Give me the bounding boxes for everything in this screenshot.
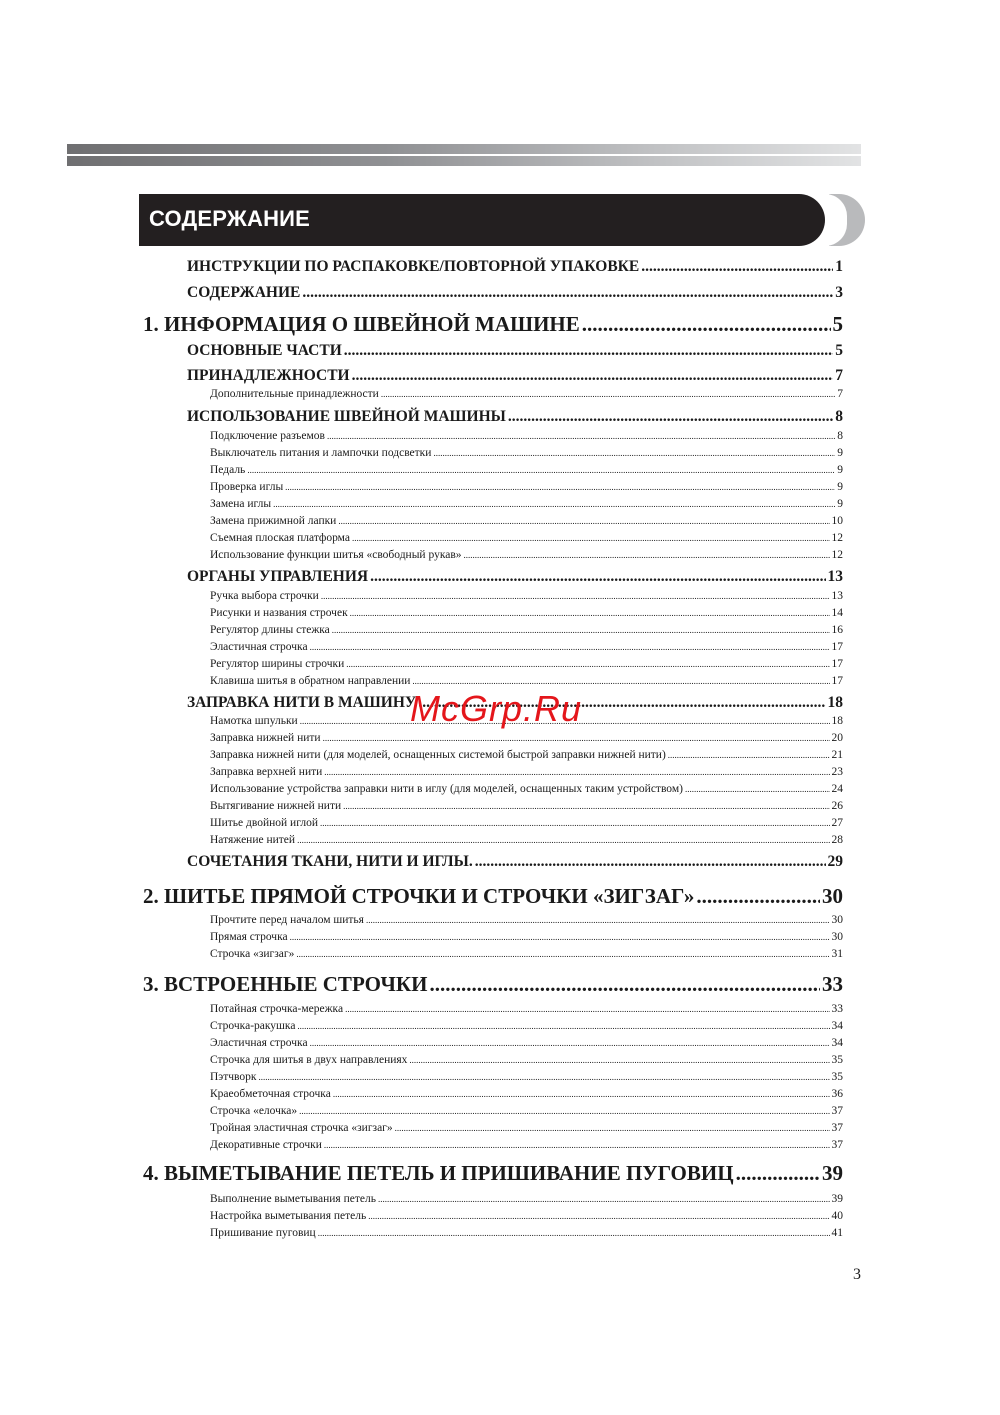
- toc-leader-dots: [370, 568, 825, 586]
- toc-entry-page: 27: [832, 817, 844, 829]
- toc-entry-label: Регулятор ширины строчки: [210, 658, 344, 670]
- toc-entry-sub[interactable]: Пришивание пуговиц41: [210, 1227, 843, 1239]
- toc-leader-dots: [320, 818, 830, 828]
- toc-entry-sub[interactable]: Натяжение нитей28: [210, 834, 843, 846]
- toc-entry-page: 24: [832, 783, 844, 795]
- toc-entry-page: 13: [832, 590, 844, 602]
- toc-entry-page: 8: [837, 430, 843, 442]
- toc-entry-label: Использование устройства заправки нити в…: [210, 783, 683, 795]
- toc-entry-page: 20: [832, 732, 844, 744]
- toc-entry-page: 5: [835, 342, 843, 360]
- toc-leader-dots: [475, 853, 826, 871]
- toc-entry-page: 8: [835, 408, 843, 426]
- toc-entry-label: Замена иглы: [210, 498, 271, 510]
- toc-leader-dots: [350, 608, 830, 618]
- toc-entry-sub[interactable]: Потайная строчка-мережка33: [210, 1003, 843, 1015]
- toc-entry-page: 9: [837, 481, 843, 493]
- toc-entry-label: Подключение разъемов: [210, 430, 325, 442]
- toc-entry-label: СОЧЕТАНИЯ ТКАНИ, НИТИ И ИГЛЫ.: [187, 853, 473, 871]
- toc-leader-dots: [297, 1021, 829, 1031]
- toc-entry-page: 3: [835, 284, 843, 302]
- toc-entry-page: 31: [832, 948, 844, 960]
- toc-entry-page: 18: [832, 715, 844, 727]
- toc-entry-label: Педаль: [210, 464, 245, 476]
- toc-entry-sub[interactable]: Подключение разъемов8: [210, 430, 843, 442]
- toc-entry-label: Заправка нижней нити (для моделей, оснащ…: [210, 749, 666, 761]
- toc-entry-label: Краеобметочная строчка: [210, 1088, 331, 1100]
- toc-leader-dots: [409, 1055, 829, 1065]
- toc-entry-sub[interactable]: Заправка верхней нити23: [210, 766, 843, 778]
- toc-leader-dots: [318, 1228, 830, 1238]
- toc-entry-label: Строчка «зигзаг»: [210, 948, 294, 960]
- toc-leader-dots: [433, 448, 835, 458]
- toc-entry-page: 34: [832, 1020, 844, 1032]
- toc-entry-label: Настройка выметывания петель: [210, 1210, 366, 1222]
- toc-entry-sub[interactable]: Съемная плоская платформа12: [210, 532, 843, 544]
- toc-entry-page: 39: [832, 1193, 844, 1205]
- toc-entry-label: Прочтите перед началом шитья: [210, 914, 364, 926]
- toc-leader-dots: [310, 642, 830, 652]
- toc-entry-sub[interactable]: Использование функции шитья «свободный р…: [210, 549, 843, 561]
- toc-entry-section[interactable]: ИНСТРУКЦИИ ПО РАСПАКОВКЕ/ПОВТОРНОЙ УПАКО…: [187, 258, 843, 276]
- toc-leader-dots: [321, 591, 830, 601]
- toc-leader-dots: [366, 915, 830, 925]
- toc-entry-page: 21: [832, 749, 844, 761]
- toc-entry-label: Пришивание пуговиц: [210, 1227, 316, 1239]
- toc-entry-sub[interactable]: Эластичная строчка17: [210, 641, 843, 653]
- toc-leader-dots: [429, 972, 820, 997]
- toc-entry-label: Клавиша шитья в обратном направлении: [210, 675, 410, 687]
- toc-leader-dots: [273, 499, 835, 509]
- toc-leader-dots: [696, 884, 820, 909]
- toc-entry-section[interactable]: СОДЕРЖАНИЕ3: [187, 284, 843, 302]
- toc-leader-dots: [333, 1089, 830, 1099]
- toc-entry-label: 2. ШИТЬЕ ПРЯМОЙ СТРОЧКИ И СТРОЧКИ «ЗИГЗА…: [143, 884, 694, 909]
- toc-entry-sub[interactable]: Строчка «зигзаг»31: [210, 948, 843, 960]
- toc-entry-label: Эластичная строчка: [210, 641, 308, 653]
- toc-entry-sub[interactable]: Вытягивание нижней нити26: [210, 800, 843, 812]
- toc-entry-sub[interactable]: Пэтчворк35: [210, 1071, 843, 1083]
- toc-entry-label: ЗАПРАВКА НИТИ В МАШИНУ: [187, 694, 416, 712]
- toc-entry-page: 17: [832, 675, 844, 687]
- toc-entry-page: 18: [828, 694, 844, 712]
- toc-leader-dots: [582, 312, 831, 337]
- toc-entry-label: Выключатель питания и лампочки подсветки: [210, 447, 431, 459]
- toc-entry-page: 7: [837, 388, 843, 400]
- toc-entry-page: 17: [832, 658, 844, 670]
- toc-leader-dots: [346, 659, 829, 669]
- toc-entry-sub[interactable]: Заправка нижней нити20: [210, 732, 843, 744]
- toc-entry-label: СОДЕРЖАНИЕ: [187, 284, 300, 302]
- toc-entry-sub[interactable]: Декоративные строчки37: [210, 1139, 843, 1151]
- toc-entry-page: 30: [832, 914, 844, 926]
- toc-entry-sub[interactable]: Регулятор длины стежка16: [210, 624, 843, 636]
- toc-entry-label: Натяжение нитей: [210, 834, 295, 846]
- toc-leader-dots: [324, 1140, 830, 1150]
- toc-entry-label: Проверка иглы: [210, 481, 283, 493]
- toc-leader-dots: [352, 367, 834, 385]
- toc-leader-dots: [343, 801, 829, 811]
- toc-entry-page: 7: [835, 367, 843, 385]
- toc-entry-label: Прямая строчка: [210, 931, 288, 943]
- toc-leader-dots: [302, 284, 833, 302]
- toc-leader-dots: [327, 431, 835, 441]
- toc-leader-dots: [464, 550, 830, 560]
- toc-entry-sub[interactable]: Регулятор ширины строчки17: [210, 658, 843, 670]
- toc-entry-page: 35: [832, 1054, 844, 1066]
- toc-entry-sub[interactable]: Краеобметочная строчка36: [210, 1088, 843, 1100]
- toc-leader-dots: [352, 533, 830, 543]
- toc-entry-page: 33: [832, 1003, 844, 1015]
- toc-leader-dots: [285, 482, 835, 492]
- header-bar-top: [67, 144, 861, 154]
- toc-entry-sub[interactable]: Проверка иглы9: [210, 481, 843, 493]
- toc-entry-label: ИСПОЛЬЗОВАНИЕ ШВЕЙНОЙ МАШИНЫ: [187, 408, 506, 426]
- toc-entry-page: 9: [837, 498, 843, 510]
- toc-entry-label: Рисунки и названия строчек: [210, 607, 348, 619]
- toc-leader-dots: [296, 949, 829, 959]
- watermark: McGrp.Ru: [410, 688, 582, 730]
- toc-entry-sub[interactable]: Дополнительные принадлежности7: [210, 388, 843, 400]
- toc-entry-sub[interactable]: Замена прижимной лапки10: [210, 515, 843, 527]
- toc-entry-sub[interactable]: Прямая строчка30: [210, 931, 843, 943]
- toc-entry-chapter[interactable]: 4. ВЫМЕТЫВАНИЕ ПЕТЕЛЬ И ПРИШИВАНИЕ ПУГОВ…: [143, 1161, 843, 1186]
- toc-entry-page: 10: [832, 515, 844, 527]
- toc-entry-chapter[interactable]: 2. ШИТЬЕ ПРЯМОЙ СТРОЧКИ И СТРОЧКИ «ЗИГЗА…: [143, 884, 843, 909]
- toc-entry-page: 37: [832, 1139, 844, 1151]
- toc-entry-page: 1: [835, 258, 843, 276]
- toc-leader-dots: [323, 733, 830, 743]
- toc-entry-sub[interactable]: Шитье двойной иглой27: [210, 817, 843, 829]
- toc-entry-chapter[interactable]: 1. ИНФОРМАЦИЯ О ШВЕЙНОЙ МАШИНЕ5: [143, 312, 843, 337]
- toc-leader-dots: [381, 389, 835, 399]
- toc-leader-dots: [344, 342, 833, 360]
- toc-leader-dots: [508, 408, 833, 426]
- toc-entry-label: 1. ИНФОРМАЦИЯ О ШВЕЙНОЙ МАШИНЕ: [143, 312, 580, 337]
- toc-entry-sub[interactable]: Выключатель питания и лампочки подсветки…: [210, 447, 843, 459]
- toc-leader-dots: [247, 465, 835, 475]
- toc-entry-page: 30: [822, 884, 843, 909]
- toc-entry-sub[interactable]: Эластичная строчка34: [210, 1037, 843, 1049]
- toc-leader-dots: [395, 1123, 830, 1133]
- toc-entry-sub[interactable]: Рисунки и названия строчек14: [210, 607, 843, 619]
- toc-entry-sub[interactable]: Замена иглы9: [210, 498, 843, 510]
- toc-entry-label: Заправка нижней нити: [210, 732, 321, 744]
- toc-entry-label: Пэтчворк: [210, 1071, 257, 1083]
- toc-leader-dots: [345, 1004, 829, 1014]
- toc-entry-page: 16: [832, 624, 844, 636]
- toc-entry-page: 36: [832, 1088, 844, 1100]
- toc-entry-label: Выполнение выметывания петель: [210, 1193, 376, 1205]
- toc-entry-page: 35: [832, 1071, 844, 1083]
- toc-entry-page: 17: [832, 641, 844, 653]
- toc-entry-label: 3. ВСТРОЕННЫЕ СТРОЧКИ: [143, 972, 427, 997]
- toc-entry-label: Шитье двойной иглой: [210, 817, 318, 829]
- toc-entry-label: ОСНОВНЫЕ ЧАСТИ: [187, 342, 342, 360]
- toc-entry-section[interactable]: ОРГАНЫ УПРАВЛЕНИЯ13: [187, 568, 843, 586]
- toc-entry-sub[interactable]: Выполнение выметывания петель39: [210, 1193, 843, 1205]
- toc-leader-dots: [299, 1106, 829, 1116]
- toc-entry-label: Строчка «елочка»: [210, 1105, 297, 1117]
- toc-entry-section[interactable]: СОЧЕТАНИЯ ТКАНИ, НИТИ И ИГЛЫ.29: [187, 853, 843, 871]
- toc-entry-sub[interactable]: Прочтите перед началом шитья30: [210, 914, 843, 926]
- toc-entry-label: Вытягивание нижней нити: [210, 800, 341, 812]
- toc-entry-chapter[interactable]: 3. ВСТРОЕННЫЕ СТРОЧКИ33: [143, 972, 843, 997]
- toc-entry-page: 23: [832, 766, 844, 778]
- toc-entry-sub[interactable]: Заправка нижней нити (для моделей, оснащ…: [210, 749, 843, 761]
- toc-leader-dots: [332, 625, 830, 635]
- toc-entry-page: 12: [832, 532, 844, 544]
- toc-leader-dots: [736, 1161, 820, 1186]
- toc-entry-label: Дополнительные принадлежности: [210, 388, 379, 400]
- toc-entry-page: 9: [837, 464, 843, 476]
- toc-entry-page: 28: [832, 834, 844, 846]
- toc-entry-page: 14: [832, 607, 844, 619]
- toc-entry-sub[interactable]: Педаль9: [210, 464, 843, 476]
- toc-leader-dots: [378, 1194, 830, 1204]
- toc-entry-label: Намотка шпульки: [210, 715, 298, 727]
- toc-entry-page: 39: [822, 1161, 843, 1186]
- toc-entry-label: Замена прижимной лапки: [210, 515, 336, 527]
- toc-entry-label: ИНСТРУКЦИИ ПО РАСПАКОВКЕ/ПОВТОРНОЙ УПАКО…: [187, 258, 639, 276]
- toc-entry-sub[interactable]: Использование устройства заправки нити в…: [210, 783, 843, 795]
- header-bar-bottom: [67, 156, 861, 166]
- toc-leader-dots: [368, 1211, 829, 1221]
- toc-entry-label: Тройная эластичная строчка «зигзаг»: [210, 1122, 393, 1134]
- toc-leader-dots: [412, 676, 829, 686]
- toc-entry-sub[interactable]: Строчка «елочка»37: [210, 1105, 843, 1117]
- toc-leader-dots: [641, 258, 833, 276]
- toc-entry-page: 9: [837, 447, 843, 459]
- toc-entry-sub[interactable]: Тройная эластичная строчка «зигзаг»37: [210, 1122, 843, 1134]
- page-number: 3: [853, 1266, 861, 1284]
- banner-black-bar: СОДЕРЖАНИЕ: [139, 194, 825, 246]
- toc-entry-label: ОРГАНЫ УПРАВЛЕНИЯ: [187, 568, 368, 586]
- toc-entry-section[interactable]: ПРИНАДЛЕЖНОСТИ7: [187, 367, 843, 385]
- toc-entry-page: 29: [828, 853, 844, 871]
- header-decorative-bars: [67, 144, 861, 166]
- toc-leader-dots: [668, 750, 830, 760]
- toc-entry-page: 37: [832, 1122, 844, 1134]
- toc-leader-dots: [338, 516, 829, 526]
- toc-leader-dots: [297, 835, 829, 845]
- toc-entry-section[interactable]: ИСПОЛЬЗОВАНИЕ ШВЕЙНОЙ МАШИНЫ8: [187, 408, 843, 426]
- toc-entry-label: Использование функции шитья «свободный р…: [210, 549, 462, 561]
- page-title-banner: СОДЕРЖАНИЕ: [139, 194, 864, 246]
- toc-entry-page: 12: [832, 549, 844, 561]
- toc-entry-label: 4. ВЫМЕТЫВАНИЕ ПЕТЕЛЬ И ПРИШИВАНИЕ ПУГОВ…: [143, 1161, 734, 1186]
- toc-entry-label: Строчка для шитья в двух направлениях: [210, 1054, 407, 1066]
- toc-entry-sub[interactable]: Настройка выметывания петель40: [210, 1210, 843, 1222]
- toc-entry-page: 37: [832, 1105, 844, 1117]
- toc-entry-label: Потайная строчка-мережка: [210, 1003, 343, 1015]
- page-title: СОДЕРЖАНИЕ: [149, 206, 310, 232]
- toc-entry-label: Съемная плоская платформа: [210, 532, 350, 544]
- toc-entry-section[interactable]: ОСНОВНЫЕ ЧАСТИ5: [187, 342, 843, 360]
- toc-entry-page: 30: [832, 931, 844, 943]
- toc-entry-sub[interactable]: Строчка-ракушка34: [210, 1020, 843, 1032]
- toc-entry-label: Строчка-ракушка: [210, 1020, 295, 1032]
- toc-entry-page: 40: [832, 1210, 844, 1222]
- toc-entry-sub[interactable]: Строчка для шитья в двух направлениях35: [210, 1054, 843, 1066]
- toc-leader-dots: [310, 1038, 830, 1048]
- toc-entry-label: Эластичная строчка: [210, 1037, 308, 1049]
- toc-leader-dots: [324, 767, 829, 777]
- toc-entry-sub[interactable]: Ручка выбора строчки13: [210, 590, 843, 602]
- toc-entry-label: Ручка выбора строчки: [210, 590, 319, 602]
- toc-entry-label: Заправка верхней нити: [210, 766, 322, 778]
- toc-entry-page: 26: [832, 800, 844, 812]
- toc-entry-page: 13: [828, 568, 844, 586]
- toc-leader-dots: [290, 932, 830, 942]
- toc-entry-page: 41: [832, 1227, 844, 1239]
- toc-leader-dots: [685, 784, 830, 794]
- toc-leader-dots: [259, 1072, 830, 1082]
- toc-entry-label: ПРИНАДЛЕЖНОСТИ: [187, 367, 350, 385]
- toc-entry-page: 34: [832, 1037, 844, 1049]
- toc-entry-label: Декоративные строчки: [210, 1139, 322, 1151]
- toc-entry-page: 33: [822, 972, 843, 997]
- toc-entry-sub[interactable]: Клавиша шитья в обратном направлении17: [210, 675, 843, 687]
- toc-entry-page: 5: [833, 312, 844, 337]
- toc-entry-label: Регулятор длины стежка: [210, 624, 330, 636]
